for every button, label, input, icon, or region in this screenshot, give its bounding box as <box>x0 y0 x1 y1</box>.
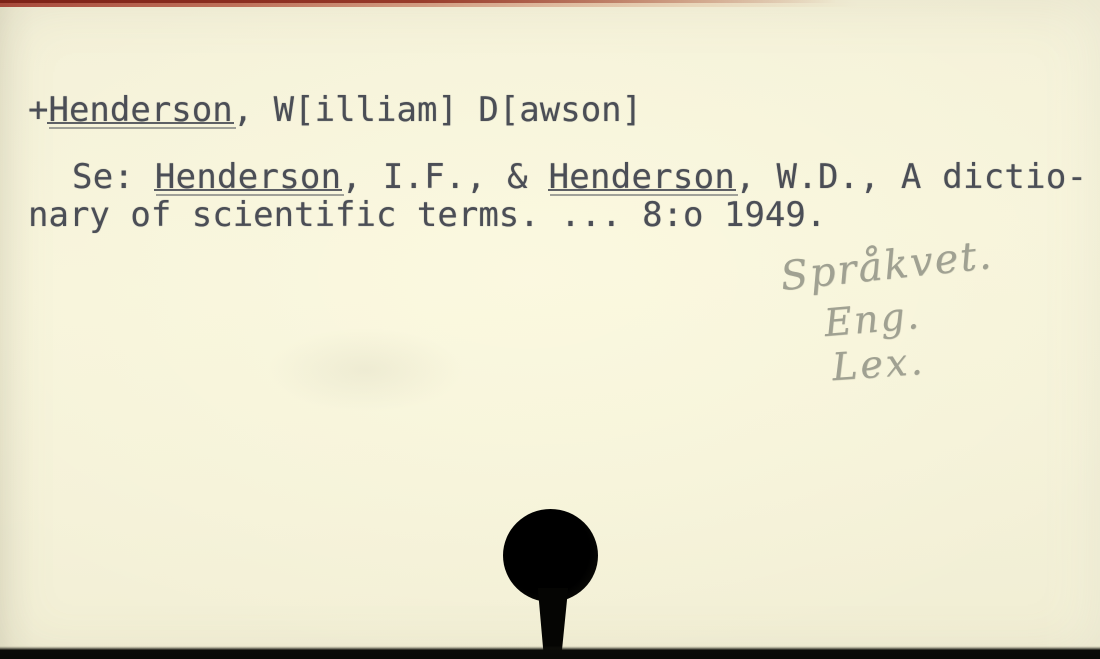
see-reference-line-2: nary of scientific terms. ... 8:o 1949. <box>28 195 826 235</box>
see-prefix: Se: <box>72 157 155 197</box>
heading-prefix: + <box>28 90 48 130</box>
handwritten-note-line-1: Språkvet. <box>778 232 995 300</box>
handwritten-note-line-3: Lex. <box>831 339 927 389</box>
rod-hole-slot <box>533 588 573 652</box>
heading-surname: Henderson <box>48 90 232 130</box>
heading-line: +Henderson, W[illiam] D[awson] <box>28 90 642 130</box>
red-card-top-edge <box>0 0 1100 7</box>
referenced-author-2: Henderson <box>549 157 735 197</box>
catalog-card: +Henderson, W[illiam] D[awson] Se: Hende… <box>0 0 1100 659</box>
reference-title-start: , W.D., A dictio- <box>735 157 1087 197</box>
referenced-author-1: Henderson <box>155 157 341 197</box>
reference-middle: , I.F., & <box>341 157 548 197</box>
card-bottom-edge <box>0 646 1100 659</box>
handwritten-note-line-2: Eng. <box>822 293 922 345</box>
see-reference-line-1: Se: Henderson, I.F., & Henderson, W.D., … <box>72 157 1087 197</box>
heading-forenames: , W[illiam] D[awson] <box>233 90 642 130</box>
